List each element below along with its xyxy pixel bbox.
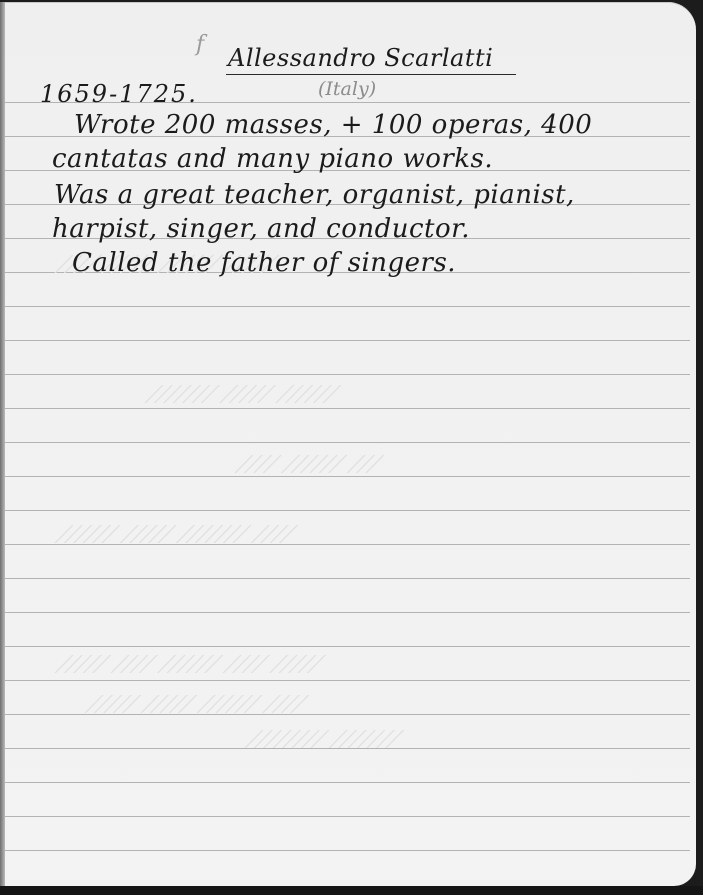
- ruled-line: [4, 374, 690, 375]
- body-line: Wrote 200 masses, + 100 operas, 400: [74, 112, 592, 138]
- margin-pencil-mark: f: [196, 32, 204, 57]
- body-line: harpist, singer, and conductor.: [52, 216, 470, 242]
- ruled-line: [4, 850, 690, 851]
- ruled-line: [4, 782, 690, 783]
- ruled-line: [4, 408, 690, 409]
- scan-bottom-edge: [0, 886, 703, 895]
- body-line: Called the father of singers.: [72, 250, 456, 276]
- page-title: Allessandro Scarlatti: [228, 46, 493, 70]
- country-note: (Italy): [318, 78, 376, 100]
- bleed-through-text: ////// ///// /////// ////: [54, 522, 300, 547]
- ruled-line: [4, 646, 690, 647]
- ruled-line: [4, 816, 690, 817]
- life-dates: 1659-1725.: [40, 82, 198, 106]
- bleed-through-text: //// ////// ///: [234, 452, 386, 477]
- bleed-through-text: /////// ///// //////: [144, 382, 343, 407]
- ruled-line: [4, 306, 690, 307]
- notebook-page: //// ///// ////// ///// /////// ///// //…: [0, 2, 696, 886]
- bleed-through-text: //////// ///////: [244, 727, 406, 752]
- scanned-page: //// ///// ////// ///// /////// ///// //…: [0, 0, 703, 895]
- ruled-line: [4, 578, 690, 579]
- title-underline: [226, 74, 516, 75]
- page-binding-edge: [0, 2, 5, 886]
- ruled-line: [4, 442, 690, 443]
- bleed-through-text: ///// //// ////// //// /////: [54, 652, 328, 677]
- body-line: Was a great teacher, organist, pianist,: [54, 182, 575, 208]
- ruled-line: [4, 612, 690, 613]
- bleed-through-text: ///// ///// ////// ////: [84, 692, 311, 717]
- ruled-line: [4, 680, 690, 681]
- ruled-line: [4, 510, 690, 511]
- ruled-line: [4, 340, 690, 341]
- body-line: cantatas and many piano works.: [52, 146, 493, 172]
